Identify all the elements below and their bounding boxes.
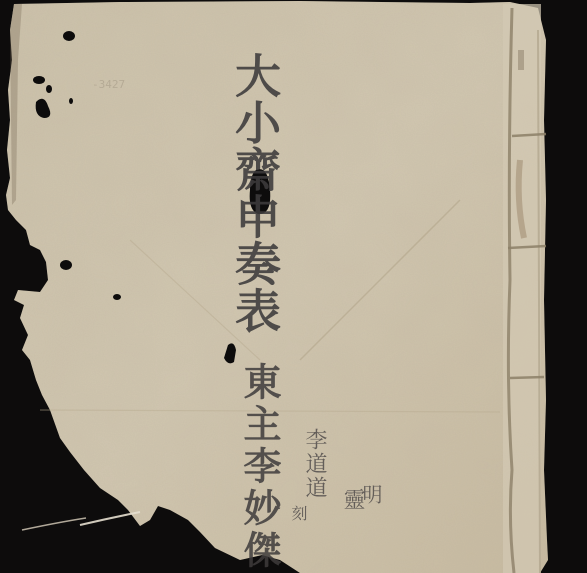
paper-cover: -3427 <box>0 0 587 573</box>
annotation-daoist-name: 李道道 <box>303 428 325 500</box>
manuscript-photo: -3427 大小齋申奏表 東主李妙傑 李道道 刻 靈 明 <box>0 0 587 573</box>
svg-text:-3427: -3427 <box>92 78 125 91</box>
annotation-ming: 明 <box>361 484 381 504</box>
owner-line: 東主李妙傑 <box>240 362 278 572</box>
manuscript-title: 大小齋申奏表 <box>232 52 278 334</box>
annotation-carve-mark: 刻 <box>290 505 306 521</box>
